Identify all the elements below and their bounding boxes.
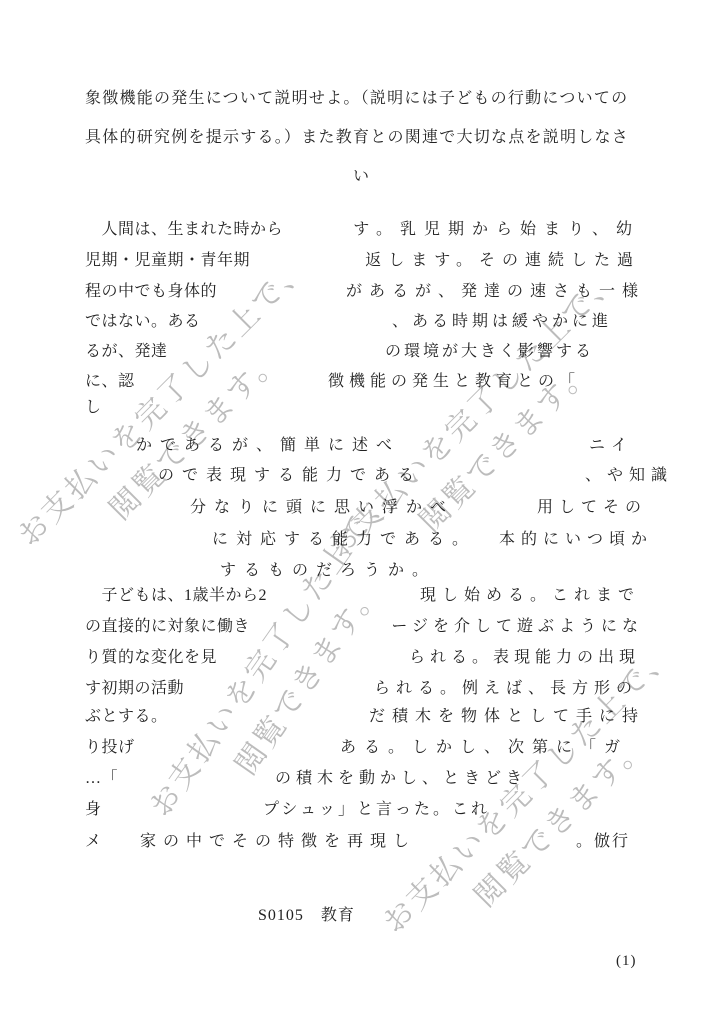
paragraph3-line: ぶとする。 だ積木を物体として手に持 xyxy=(85,703,640,725)
paragraph2-line: するものだろうか。 xyxy=(85,557,640,579)
text-fragment-right: 、や知識 xyxy=(585,462,673,485)
text-fragment-right: ージを介して遊ぶようにな xyxy=(391,613,643,636)
essay-question-line-2: 具体的研究例を提示する。）また教育との関連で大切な点を説明しなさ xyxy=(85,124,637,146)
paragraph1-line: し xyxy=(85,394,640,416)
text-fragment-right: ある。しかし、次第に「ガ xyxy=(340,734,628,757)
text-fragment-left: ぶとする。 xyxy=(85,703,168,726)
text-fragment-mid: に対応する能力である。 xyxy=(212,526,476,549)
text-fragment-left: り投げ xyxy=(85,734,135,757)
essay-question-line-1: 象徴機能の発生について説明せよ。（説明には子どもの行動についての xyxy=(85,85,637,107)
text-fragment-left: 人間は、生まれた時から xyxy=(85,216,283,239)
text-fragment-left: の直接的に対象に働き xyxy=(85,613,250,636)
text-fragment-left: メ xyxy=(85,828,102,851)
text-fragment-right: 現し始める。これまで xyxy=(420,582,640,605)
paragraph1-line: るが、発達 の環境が大きく影響する xyxy=(85,338,640,360)
text-fragment-mid: ので表現する能力である xyxy=(158,462,422,485)
text-fragment-left: …「 xyxy=(85,765,118,788)
paragraph1-line: 程の中でも身体的 があるが、発達の速さも一様 xyxy=(85,278,640,300)
text-fragment-right: の積木を動かし、ときどき xyxy=(275,765,527,788)
text-fragment-right: 返します。その連続した過 xyxy=(365,247,640,270)
text-fragment-mid: するものだろうか。 xyxy=(220,557,436,580)
paragraph3-line: 身 プシュッ」と言った。これ xyxy=(85,796,640,818)
text-fragment-right: られる。例えば、長方形の xyxy=(374,675,638,698)
text-fragment-left: 程の中でも身体的 xyxy=(85,278,217,301)
text-fragment-right: があるが、発達の速さも一様 xyxy=(346,278,645,301)
text-fragment-right: だ積木を物体として手に持 xyxy=(369,703,645,726)
paragraph3-line: …「 の積木を動かし、ときどき xyxy=(85,765,640,787)
paragraph2-line: ので表現する能力である 、や知識 xyxy=(85,462,640,484)
text-fragment-right: られる。表現能力の出現 xyxy=(409,644,640,667)
text-fragment-left: 子どもは、1歳半から2 xyxy=(85,582,267,605)
paragraph1-line: 児期・児童期・青年期 返します。その連続した過 xyxy=(85,247,640,269)
paragraph3-line: 子どもは、1歳半から2 現し始める。これまで xyxy=(85,582,640,604)
text-fragment-right: 用してその xyxy=(537,494,647,517)
document-page: お支払いを完了した上で、 閲覧できます。 お支払いを完了した上で、 閲覧できます… xyxy=(0,0,724,1024)
text-fragment-right: プシュッ」と言った。これ xyxy=(263,796,490,819)
paragraph2-line: に対応する能力である。 本的にいつ頃か xyxy=(85,526,640,548)
text-fragment-left: るが、発達 xyxy=(85,338,168,361)
essay-question-line-3: い xyxy=(85,163,637,185)
text-fragment-right: の環境が大きく影響する xyxy=(385,338,594,361)
paragraph3-line: り質的な変化を見 られる。表現能力の出現 xyxy=(85,644,640,666)
paragraph1-line: 人間は、生まれた時から す。乳児期から始まり、幼 xyxy=(85,216,640,238)
text-fragment-left: し xyxy=(85,394,102,417)
text-fragment-right: ニイ xyxy=(589,432,633,455)
text-fragment-right: 徴機能の発生と教育との「 xyxy=(328,368,580,391)
paragraph1-line: に、認 徴機能の発生と教育との「 xyxy=(85,368,640,390)
paragraph2-line: かであるが、簡単に述べ ニイ xyxy=(85,432,640,454)
text-fragment-mid: かであるが、簡単に述べ xyxy=(136,432,400,455)
paragraph3-line: す初期の活動 られる。例えば、長方形の xyxy=(85,675,640,697)
text-fragment-right: す。乳児期から始まり、幼 xyxy=(353,216,640,239)
course-code: S0105 教育 xyxy=(258,902,355,925)
text-fragment-right: 、ある時期は緩やかに進 xyxy=(392,308,612,331)
text-fragment-right: 本的にいつ頃か xyxy=(499,526,653,549)
text-fragment-left: ではない。ある xyxy=(85,308,201,331)
paragraph3-line: の直接的に対象に働き ージを介して遊ぶようにな xyxy=(85,613,640,635)
text-fragment-left: 児期・児童期・青年期 xyxy=(85,247,250,270)
text-fragment-mid: 分なりに頭に思い浮かべ xyxy=(190,494,454,517)
text-fragment-left: に、認 xyxy=(85,368,135,391)
text-fragment-left: 身 xyxy=(85,796,102,819)
text-fragment-right: 。倣行 xyxy=(576,828,630,851)
page-number: (1) xyxy=(616,953,637,970)
paragraph2-line: 分なりに頭に思い浮かべ 用してその xyxy=(85,494,640,516)
text-fragment-left: り質的な変化を見 xyxy=(85,644,217,667)
paragraph1-line: ではない。ある 、ある時期は緩やかに進 xyxy=(85,308,640,330)
paragraph3-line: メ 家の中でその特徴を再現し 。倣行 xyxy=(85,828,640,850)
watermark-line-1: お支払いを完了した上で、 xyxy=(364,624,694,954)
text-fragment-left: す初期の活動 xyxy=(85,675,184,698)
paragraph3-line: り投げ ある。しかし、次第に「ガ xyxy=(85,734,640,756)
text-fragment-mid: 家の中でその特徴を再現し xyxy=(140,828,416,851)
